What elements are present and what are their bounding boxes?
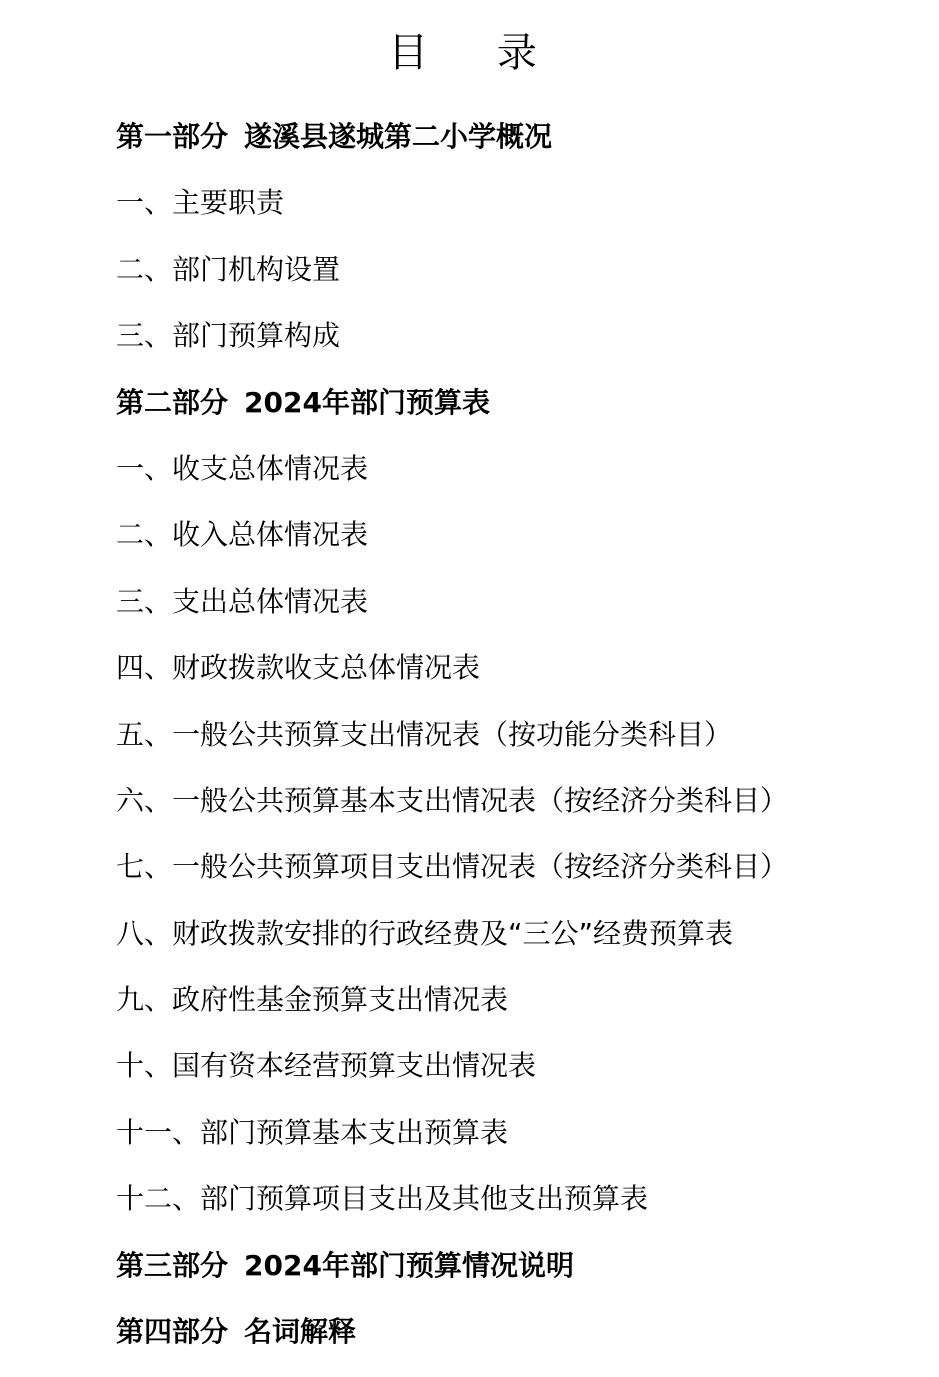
toc-item[interactable]: 一、收支总体情况表 bbox=[116, 444, 788, 510]
toc-part-title: 遂溪县遂城第二小学概况 bbox=[244, 120, 552, 153]
toc-part-prefix: 第二部分 bbox=[116, 386, 228, 419]
toc-part-title: 2024年部门预算表 bbox=[244, 386, 490, 419]
toc-part-4[interactable]: 第四部分名词解释 bbox=[116, 1307, 788, 1373]
toc-item[interactable]: 八、财政拨款安排的行政经费及“三公”经费预算表 bbox=[116, 909, 788, 975]
toc-item[interactable]: 六、一般公共预算基本支出情况表（按经济分类科目） bbox=[116, 776, 788, 842]
toc-part-prefix: 第一部分 bbox=[116, 120, 228, 153]
toc-item[interactable]: 二、收入总体情况表 bbox=[116, 510, 788, 576]
table-of-contents: 第一部分遂溪县遂城第二小学概况 一、主要职责 二、部门机构设置 三、部门预算构成… bbox=[116, 112, 788, 1373]
toc-part-prefix: 第四部分 bbox=[116, 1315, 228, 1348]
toc-item[interactable]: 七、一般公共预算项目支出情况表（按经济分类科目） bbox=[116, 842, 788, 908]
toc-item[interactable]: 五、一般公共预算支出情况表（按功能分类科目） bbox=[116, 710, 788, 776]
page-title: 目 录 bbox=[0, 28, 939, 78]
toc-item[interactable]: 十一、部门预算基本支出预算表 bbox=[116, 1108, 788, 1174]
toc-item[interactable]: 十、国有资本经营预算支出情况表 bbox=[116, 1041, 788, 1107]
toc-part-title: 名词解释 bbox=[244, 1315, 356, 1348]
toc-part-2[interactable]: 第二部分2024年部门预算表 bbox=[116, 378, 788, 444]
toc-item[interactable]: 三、支出总体情况表 bbox=[116, 577, 788, 643]
toc-item[interactable]: 四、财政拨款收支总体情况表 bbox=[116, 643, 788, 709]
toc-item[interactable]: 三、部门预算构成 bbox=[116, 311, 788, 377]
toc-part-3[interactable]: 第三部分2024年部门预算情况说明 bbox=[116, 1241, 788, 1307]
toc-part-prefix: 第三部分 bbox=[116, 1249, 228, 1282]
toc-part-1[interactable]: 第一部分遂溪县遂城第二小学概况 bbox=[116, 112, 788, 178]
toc-item[interactable]: 十二、部门预算项目支出及其他支出预算表 bbox=[116, 1174, 788, 1240]
toc-item[interactable]: 一、主要职责 bbox=[116, 178, 788, 244]
toc-part-title: 2024年部门预算情况说明 bbox=[244, 1249, 574, 1282]
toc-item[interactable]: 九、政府性基金预算支出情况表 bbox=[116, 975, 788, 1041]
toc-item[interactable]: 二、部门机构设置 bbox=[116, 245, 788, 311]
